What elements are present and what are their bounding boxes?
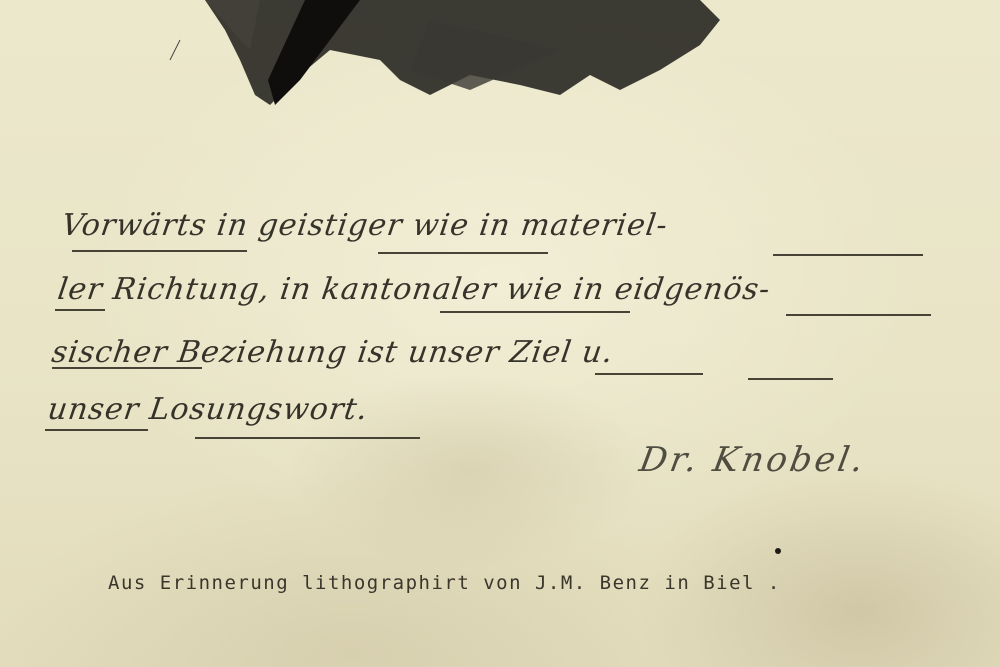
underline — [195, 437, 420, 439]
underline — [440, 311, 630, 313]
underline — [748, 378, 833, 380]
inscription-line-1: Vorwärts in geistiger wie in materiel- — [60, 208, 671, 243]
inscription-line-4: unser Losungswort. — [46, 392, 371, 427]
printed-caption: Aus Erinnerung lithographirt von J.M. Be… — [108, 572, 781, 594]
underline — [45, 429, 148, 431]
underline — [773, 254, 923, 256]
ink-dot — [775, 548, 781, 554]
underline — [55, 309, 105, 311]
underline — [378, 252, 548, 254]
inscription-line-3: sischer Beziehung ist unser Ziel u. — [50, 335, 616, 370]
underline — [52, 367, 202, 369]
underline — [595, 373, 703, 375]
inscription-line-2: ler Richtung, in kantonaler wie in eidge… — [56, 272, 773, 307]
underline — [786, 314, 931, 316]
signature: Dr. Knobel. — [636, 440, 869, 480]
underline — [72, 250, 247, 252]
handwritten-inscription: Vorwärts in geistiger wie in materiel- l… — [0, 0, 1000, 667]
